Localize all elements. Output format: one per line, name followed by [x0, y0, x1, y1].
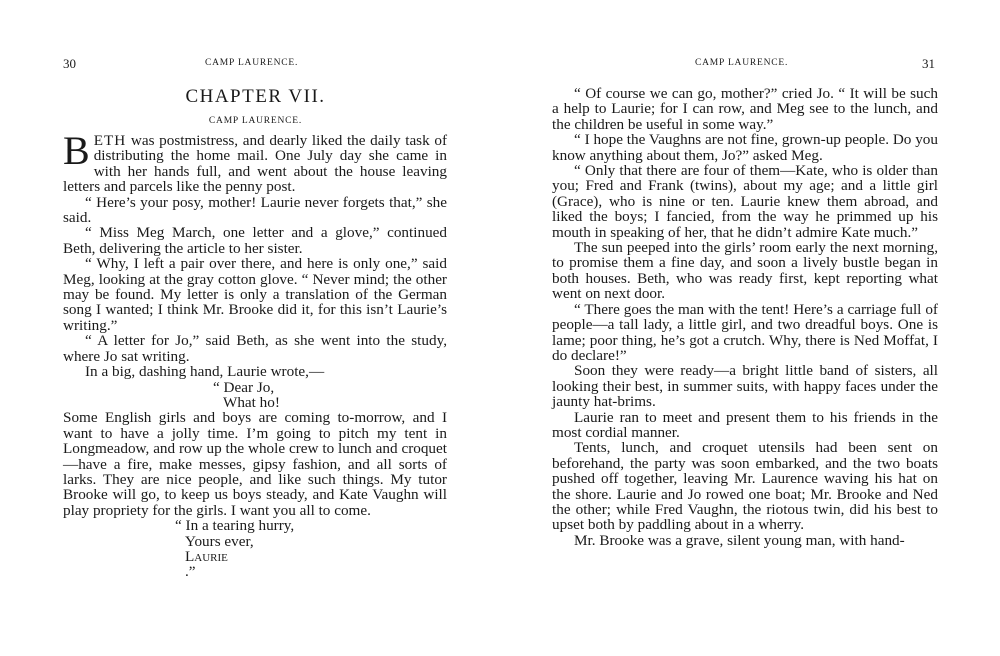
paragraph: “ Why, I left a pair over there, and her… — [63, 256, 447, 333]
left-page: 30 CAMP LAURENCE. CHAPTER VII. CAMP LAUR… — [0, 0, 500, 656]
paragraph: “ Here’s your posy, mother! Laurie never… — [63, 195, 447, 226]
paragraph: Mr. Brooke was a grave, silent young man… — [552, 533, 938, 548]
paragraph: The sun peeped into the girls’ room earl… — [552, 240, 938, 302]
running-head: CAMP LAURENCE. — [205, 58, 298, 68]
greeting-line: “ Dear Jo, — [213, 380, 447, 395]
signoff-name: Laurie — [185, 549, 447, 564]
greeting-line: What ho! — [213, 395, 447, 410]
paragraph: Laurie ran to meet and present them to h… — [552, 410, 938, 441]
paragraph: “ Of course we can go, mother?” cried Jo… — [552, 86, 938, 132]
left-body-text: BETH was postmistress, and dearly liked … — [63, 133, 447, 580]
right-page: CAMP LAURENCE. 31 “ Of course we can go,… — [500, 0, 1000, 656]
paragraph: “ I hope the Vaughns are not fine, grown… — [552, 132, 938, 163]
paragraph: “ There goes the man with the tent! Here… — [552, 302, 938, 364]
signoff-line: Yours ever, Laurie.” — [175, 534, 447, 580]
letter-body: Some English girls and boys are coming t… — [63, 410, 447, 518]
paragraph: Soon they were ready—a bright little ban… — [552, 363, 938, 409]
signoff-line: “ In a tearing hurry, — [175, 518, 447, 533]
chapter-title: CHAPTER VII. — [63, 86, 448, 108]
paragraph: “ Miss Meg March, one letter and a glove… — [63, 225, 447, 256]
right-body-text: “ Of course we can go, mother?” cried Jo… — [552, 86, 938, 548]
letter-signoff: “ In a tearing hurry, Yours ever, Laurie… — [63, 518, 447, 580]
drop-cap: B — [63, 133, 90, 166]
page-number: 30 — [63, 56, 76, 72]
paragraph: Tents, lunch, and croquet utensils had b… — [552, 440, 938, 532]
page-number: 31 — [922, 56, 935, 72]
paragraph: “ A letter for Jo,” said Beth, as she we… — [63, 333, 447, 364]
running-head: CAMP LAURENCE. — [695, 58, 788, 68]
letter-greeting: “ Dear Jo, What ho! — [63, 380, 447, 411]
signoff-prefix: Yours ever, — [185, 534, 447, 549]
paragraph: “ Only that there are four of them—Kate,… — [552, 163, 938, 240]
chapter-subtitle: CAMP LAURENCE. — [63, 116, 448, 126]
signoff-suffix: .” — [185, 564, 447, 579]
paragraph: BETH was postmistress, and dearly liked … — [63, 133, 447, 195]
paragraph: In a big, dashing hand, Laurie wrote,— — [63, 364, 447, 379]
